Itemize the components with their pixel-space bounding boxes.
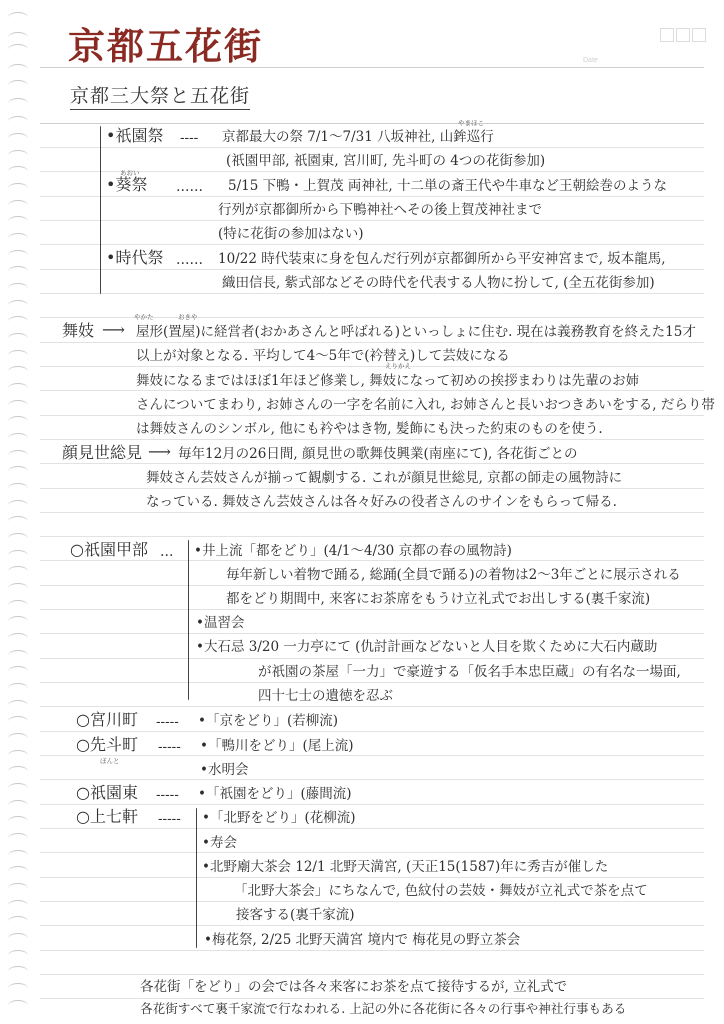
ring-hole-icon xyxy=(8,400,28,411)
rule-line xyxy=(40,950,704,951)
kaomise-line: 舞妓さん芸妓さんが揃って観劇する. これが顔見世総見, 京都の師走の風物詩に xyxy=(146,469,622,487)
ring-hole-icon xyxy=(8,733,28,744)
festival-jidai-line2: 織田信長, 紫式部などその時代を代表する人物に扮して, (全五花街参加) xyxy=(222,274,655,292)
ring-hole-icon xyxy=(8,983,28,994)
rule-line xyxy=(40,925,704,926)
hanamachi-gion-higashi: ○祇園東 xyxy=(76,784,138,802)
ring-hole-icon xyxy=(8,200,28,211)
ring-hole-icon xyxy=(8,800,28,811)
festival-aoi-line2: 行列が京都御所から下鴨神社へその後上賀茂神社まで xyxy=(218,201,542,219)
ring-hole-icon xyxy=(8,683,28,694)
maiko-line: 以上が対象となる. 平均して4〜5年で(衿替え)して芸妓になる xyxy=(136,347,510,365)
ring-hole-icon xyxy=(8,900,28,911)
maiko-line: 舞妓になるまではほぼ1年ほど修業し, 舞妓になって初めの挨拶まわりは先輩のお姉 xyxy=(136,372,639,390)
rule-line xyxy=(40,244,704,245)
ring-hole-icon xyxy=(8,266,28,277)
rule-line xyxy=(40,366,704,367)
rule-line xyxy=(40,123,704,124)
rule-line xyxy=(40,439,704,440)
ruby-okiya: おきや xyxy=(178,312,198,321)
ring-hole-icon xyxy=(8,783,28,794)
gion-kobu-item: 四十七士の遺徳を忍ぶ xyxy=(258,687,393,705)
footer-note-line: 各花街すべて裏千家流で行なわれる. 上記の外に各花街に各々の行事や神社行事もある xyxy=(140,1000,626,1018)
ring-hole-icon xyxy=(8,333,28,344)
rule-line xyxy=(40,731,704,732)
ring-hole-icon xyxy=(8,80,28,91)
rule-line xyxy=(40,585,704,586)
ring-hole-icon xyxy=(8,550,28,561)
rule-line xyxy=(40,877,704,878)
ring-hole-icon xyxy=(8,750,28,761)
rule-line xyxy=(40,415,704,416)
festival-jidai-line1: 10/22 時代装束に身を包んだ行列が京都御所から平安神宮まで, 坂本龍馬, xyxy=(218,250,666,268)
festival-aoi-name: •葵祭 xyxy=(106,176,147,194)
ring-hole-icon xyxy=(8,32,28,43)
binder-holes xyxy=(0,0,40,1024)
kamishichiken-item: 接客する(裏千家流) xyxy=(236,906,355,924)
leader-dots: …… xyxy=(176,178,203,196)
pontocho-item: •「鴨川をどり」(尾上流) xyxy=(200,737,354,755)
date-box xyxy=(676,28,690,42)
ring-hole-icon xyxy=(8,500,28,511)
rule-line xyxy=(40,852,704,853)
ring-hole-icon xyxy=(8,316,28,327)
ring-hole-icon xyxy=(8,833,28,844)
rule-line xyxy=(40,147,704,148)
date-label: Date xyxy=(583,57,598,64)
ring-hole-icon xyxy=(8,183,28,194)
leader-dots: ---- xyxy=(180,129,198,147)
ring-hole-icon xyxy=(8,433,28,444)
leader-dots: ----- xyxy=(156,713,179,731)
date-box xyxy=(692,28,706,42)
rule-line xyxy=(40,755,704,756)
kaomise-line: 毎年12月の26日間, 顔見世の歌舞伎興業(南座にて), 各花街ごとの xyxy=(178,445,578,463)
ring-hole-icon xyxy=(8,466,28,477)
festival-gion-line2: (祇園甲部, 祇園東, 宮川町, 先斗町の 4つの花街参加) xyxy=(226,152,545,170)
gion-kobu-item: が祇園の茶屋「一力」で豪遊する「仮名手本忠臣蔵」の有名な一場面, xyxy=(258,663,681,681)
leader-dots: ----- xyxy=(158,810,181,828)
gion-kobu-item: •井上流「都をどり」(4/1〜4/30 京都の春の風物詩) xyxy=(194,542,512,560)
pontocho-item: •水明会 xyxy=(200,761,248,779)
rule-line xyxy=(40,804,704,805)
ring-hole-icon xyxy=(8,366,28,377)
ring-hole-icon xyxy=(8,12,28,23)
ruby-ponto: ぽんと xyxy=(100,756,120,765)
ring-hole-icon xyxy=(8,483,28,494)
ring-hole-icon xyxy=(8,133,28,144)
ring-hole-icon xyxy=(8,950,28,961)
ring-hole-icon xyxy=(8,533,28,544)
leader-dots: ----- xyxy=(158,738,181,756)
kaomise-label: 顔見世総見 xyxy=(62,444,142,462)
rule-line xyxy=(40,512,704,513)
ring-hole-icon xyxy=(8,116,28,127)
rule-line xyxy=(40,196,704,197)
leader-dots: … xyxy=(160,543,174,561)
date-box xyxy=(660,28,674,42)
ring-hole-icon xyxy=(8,766,28,777)
rule-line xyxy=(40,463,704,464)
rule-line xyxy=(40,901,704,902)
kamishichiken-item: 「北野大茶会」にちなんで, 色紋付の芸妓・舞妓が立礼式で茶を点て xyxy=(234,882,648,900)
leader-dots: …… xyxy=(176,251,203,269)
festival-gion-name: •祇園祭 xyxy=(106,127,163,145)
ring-hole-icon xyxy=(8,883,28,894)
arrow-icon: ⟶ xyxy=(148,443,171,461)
kamishichiken-item: •北野廟大茶会 12/1 北野天満宮, (天正15(1587)年に秀吉が催した xyxy=(202,858,608,876)
hanamachi-gion-kobu: ○祇園甲部 xyxy=(70,541,148,559)
gion-kobu-item: 都をどり期間中, 来客にお茶席をもうけ立礼式でお出しする(裏千家流) xyxy=(226,590,650,608)
footer-note-line: 各花街「をどり」の会では各々来客にお茶を点て接待するが, 立礼式で xyxy=(140,978,567,996)
kamishichiken-item: •梅花祭, 2/25 北野天満宮 境内で 梅花見の野立茶会 xyxy=(204,931,520,949)
rule-line xyxy=(40,974,704,975)
rule-line xyxy=(40,536,704,537)
notebook-page: Date 京都五花街 京都三大祭と五花街 •祇園祭 ---- やまほこ 京都最大… xyxy=(0,0,724,1024)
section-subtitle: 京都三大祭と五花街 xyxy=(70,84,250,110)
rule-line xyxy=(40,633,704,634)
ring-hole-icon xyxy=(8,383,28,394)
rule-line xyxy=(40,560,704,561)
date-boxes xyxy=(660,28,706,42)
ring-hole-icon xyxy=(8,233,28,244)
ring-hole-icon xyxy=(8,966,28,977)
kaomise-line: なっている. 舞妓さん芸妓さんは各々好みの役者さんのサインをもらって帰る. xyxy=(146,493,617,511)
ring-hole-icon xyxy=(8,616,28,627)
rule-line xyxy=(40,488,704,489)
kamishichiken-brace xyxy=(196,808,197,948)
maiko-label: 舞妓 xyxy=(62,322,94,340)
rule-line xyxy=(40,609,704,610)
ruby-yamahoko: やまほこ xyxy=(458,118,484,127)
ring-hole-icon xyxy=(8,64,28,75)
ring-hole-icon xyxy=(8,816,28,827)
ring-hole-icon xyxy=(8,416,28,427)
festival-gion-line1: 京都最大の祭 7/1〜7/31 八坂神社, 山鉾巡行 xyxy=(222,128,494,146)
ring-hole-icon xyxy=(8,666,28,677)
page-title: 京都五花街 xyxy=(68,24,263,68)
maiko-line: さんについてまわり, お姉さんの一字を名前に入れ, お姉さんと長いおつきあいをす… xyxy=(136,396,715,414)
kamishichiken-item: •寿会 xyxy=(202,834,237,852)
rule-line xyxy=(40,706,704,707)
ring-hole-icon xyxy=(8,700,28,711)
gion-higashi-item: •「祇園をどり」(藤間流) xyxy=(198,785,352,803)
festival-aoi-line3: (特に花街の参加はない) xyxy=(218,225,364,243)
rule-line xyxy=(40,342,704,343)
ring-hole-icon xyxy=(8,850,28,861)
ring-hole-icon xyxy=(8,650,28,661)
ring-hole-icon xyxy=(8,583,28,594)
rule-line xyxy=(40,171,704,172)
rule-line xyxy=(40,658,704,659)
rule-line xyxy=(40,293,704,294)
ring-hole-icon xyxy=(8,633,28,644)
ring-hole-icon xyxy=(8,250,28,261)
gion-kobu-brace xyxy=(188,540,189,700)
maiko-line: 屋形(置屋)に経営者(おかあさんと呼ばれる)といっしょに住む. 現在は義務教育を… xyxy=(136,323,696,341)
rule-line xyxy=(40,682,704,683)
ring-hole-icon xyxy=(8,516,28,527)
rule-line xyxy=(40,269,704,270)
ring-hole-icon xyxy=(8,916,28,927)
rule-line xyxy=(40,779,704,780)
festival-jidai-name: •時代祭 xyxy=(106,249,163,267)
ring-hole-icon xyxy=(8,44,28,55)
ring-hole-icon xyxy=(8,600,28,611)
hanamachi-pontocho: ○先斗町 xyxy=(76,736,138,754)
ring-hole-icon xyxy=(8,150,28,161)
rule-line xyxy=(40,390,704,391)
rule-line xyxy=(40,220,704,221)
ring-hole-icon xyxy=(8,300,28,311)
kamishichiken-item: •「北野をどり」(花柳流) xyxy=(202,809,356,827)
hanamachi-kamishichiken: ○上七軒 xyxy=(76,808,138,826)
ring-hole-icon xyxy=(8,350,28,361)
rule-line xyxy=(40,998,704,999)
miyagawacho-item: •「京をどり」(若柳流) xyxy=(198,712,338,730)
gion-kobu-item: 毎年新しい着物で踊る, 総踊(全員で踊る)の着物は2〜3年ごとに展示される xyxy=(226,566,681,584)
ring-hole-icon xyxy=(8,98,28,109)
ring-hole-icon xyxy=(8,283,28,294)
ring-hole-icon xyxy=(8,716,28,727)
ring-hole-icon xyxy=(8,866,28,877)
ring-hole-icon xyxy=(8,566,28,577)
gion-kobu-item: •温習会 xyxy=(196,614,244,632)
ring-hole-icon xyxy=(8,450,28,461)
leader-dots: ----- xyxy=(156,786,179,804)
ring-hole-icon xyxy=(8,166,28,177)
ring-hole-icon xyxy=(8,933,28,944)
ring-hole-icon xyxy=(8,216,28,227)
gion-kobu-item: •大石忌 3/20 一力亭にて (仇討計画などないと人目を欺くために大石内蔵助 xyxy=(196,638,657,656)
maiko-line: は舞妓さんのシンボル, 他にも衿やはき物, 髪飾にも決った約束のものを使う. xyxy=(136,420,603,438)
rule-line xyxy=(40,828,704,829)
arrow-icon: ⟶ xyxy=(102,321,125,339)
festival-brace xyxy=(100,126,101,294)
ruby-yakata: やかた xyxy=(134,312,154,321)
festival-aoi-line1: 5/15 下鴨・上賀茂 両神社, 十二単の斎王代や牛車など王朝絵巻のような xyxy=(228,177,667,195)
hanamachi-miyagawacho: ○宮川町 xyxy=(76,711,138,729)
ring-hole-icon xyxy=(8,1000,28,1011)
